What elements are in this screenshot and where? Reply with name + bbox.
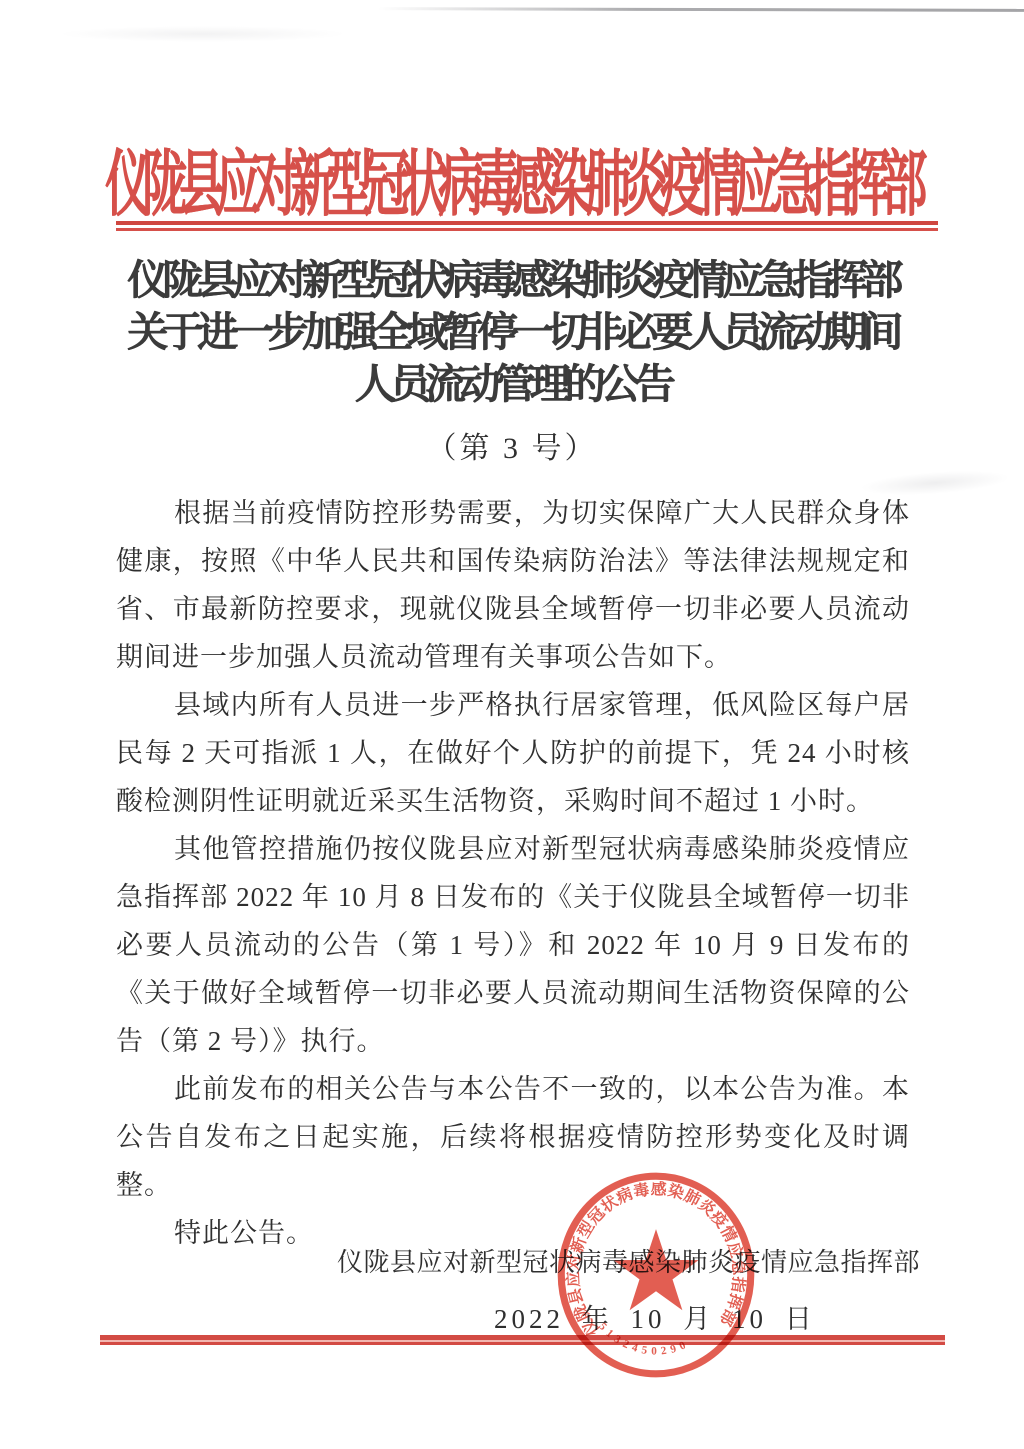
paragraph-1: 根据当前疫情防控形势需要，为切实保障广大人民群众身体健康，按照《中华人民共和国传… (116, 489, 910, 681)
letterhead-double-rule (116, 221, 938, 231)
document-title-line3: 人员流动管理的公告 (0, 358, 1024, 410)
seal-star-icon (613, 1229, 698, 1310)
paragraph-4: 此前发布的相关公告与本公告不一致的，以本公告为准。本公告自发布之日起实施，后续将… (116, 1065, 910, 1209)
footer-red-rule (100, 1335, 945, 1345)
document-body: 根据当前疫情防控形势需要，为切实保障广大人民群众身体健康，按照《中华人民共和国传… (116, 489, 910, 1257)
official-seal-stamp: 仪陇县应对新型冠状病毒感染肺炎疫情应急指挥部 5132450290 (551, 1166, 761, 1384)
paragraph-2: 县域内所有人员进一步严格执行居家管理，低风险区每户居民每 2 天可指派 1 人，… (116, 681, 910, 825)
seal-code: 5132450290 (596, 1321, 692, 1358)
paragraph-3: 其他管控措施仍按仪陇县应对新型冠状病毒感染肺炎疫情应急指挥部 2022 年 10… (116, 825, 910, 1065)
scan-artifact-smudge (58, 26, 348, 42)
document-number: （第 3 号） (0, 423, 1024, 467)
document-title-line1: 仪陇县应对新型冠状病毒感染肺炎疫情应急指挥部 (0, 254, 1024, 306)
letterhead-title: 仪陇县应对新型冠状病毒感染肺炎疫情应急指挥部 (105, 126, 919, 230)
document-title: 仪陇县应对新型冠状病毒感染肺炎疫情应急指挥部 关于进一步加强全域暂停一切非必要人… (0, 254, 1024, 410)
scan-artifact-line (378, 7, 1024, 12)
document-title-line2: 关于进一步加强全域暂停一切非必要人员流动期间 (0, 306, 1024, 358)
notice-document-page: 仪陇县应对新型冠状病毒感染肺炎疫情应急指挥部 仪陇县应对新型冠状病毒感染肺炎疫情… (0, 0, 1024, 1449)
letterhead-banner: 仪陇县应对新型冠状病毒感染肺炎疫情应急指挥部 (0, 126, 1024, 191)
